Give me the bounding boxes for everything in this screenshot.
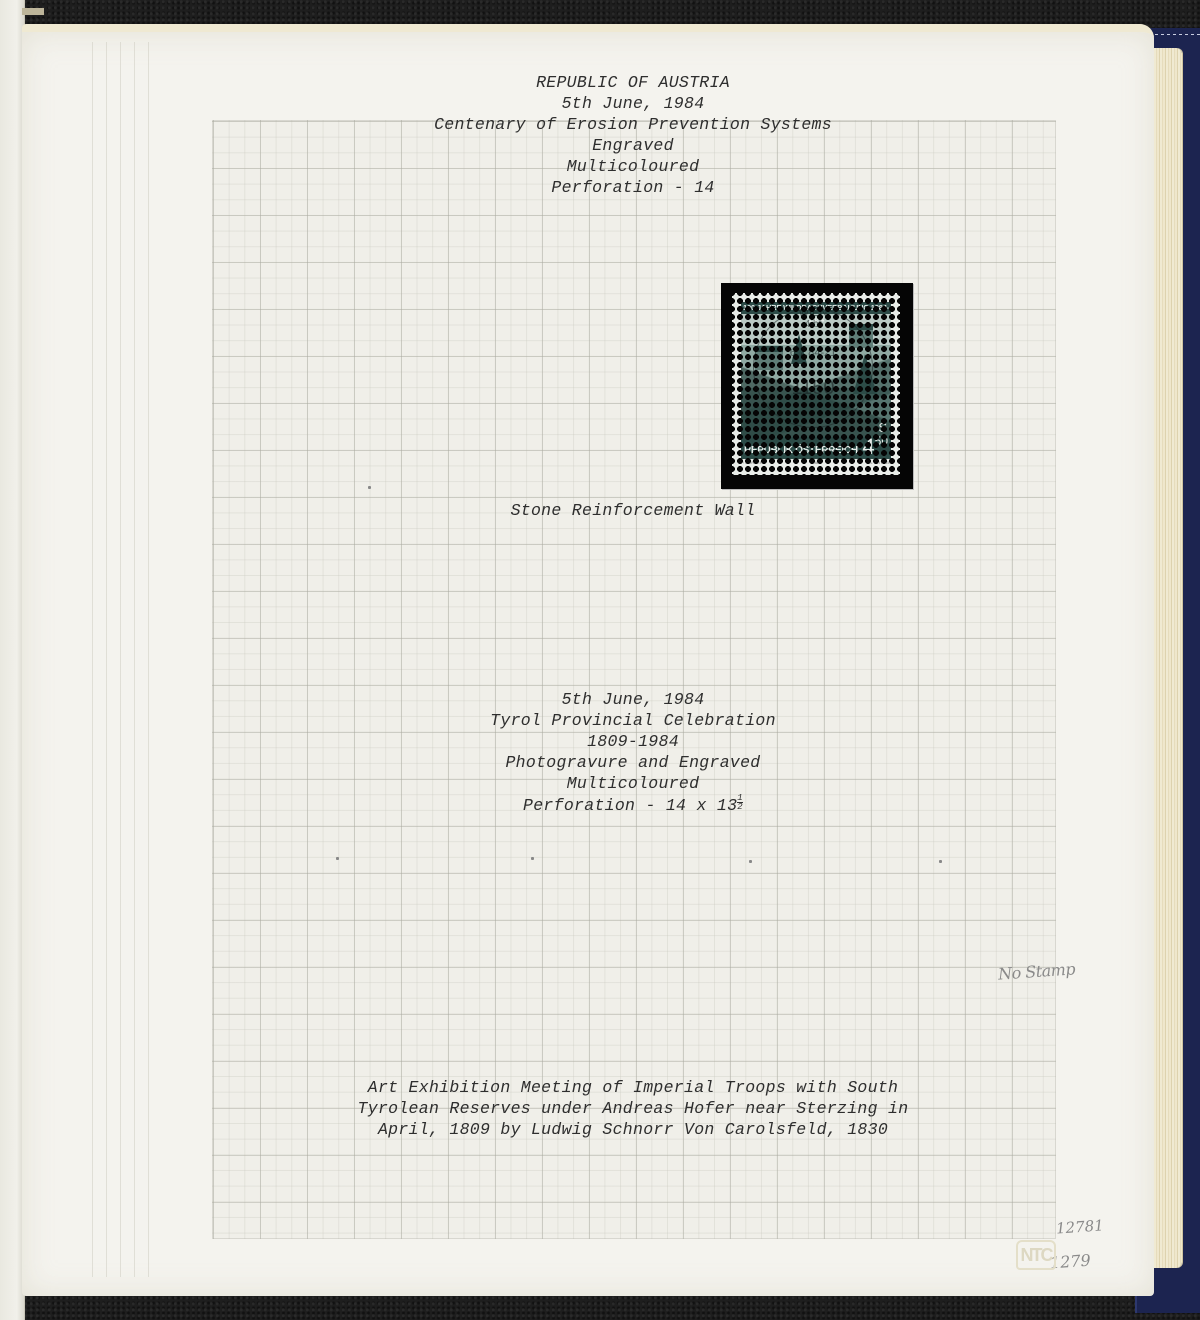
stamp[interactable]: 100 JAHRE WILDBACHVERBAUUNG 1884-1984 RE… <box>732 293 900 475</box>
issue-date: 5th June, 1984 <box>212 93 1054 114</box>
colour-note: Multicoloured <box>212 156 1054 177</box>
fraction-denominator: 2 <box>737 803 743 811</box>
issue-2-header: 5th June, 1984 Tyrol Provincial Celebrat… <box>212 689 1054 816</box>
caption-text: Stone Reinforcement Wall <box>212 500 1054 521</box>
stamp-imprint: P. DORNER 1984 A. LEITGEB <box>741 460 891 468</box>
caption-line: April, 1809 by Ludwig Schnorr Von Carols… <box>212 1119 1054 1140</box>
value-main: 4 <box>862 434 874 459</box>
stamp-design: 100 JAHRE WILDBACHVERBAUUNG 1884-1984 RE… <box>741 302 891 459</box>
designer-imprint: P. DORNER <box>741 460 763 468</box>
guide-dot <box>368 486 371 489</box>
stamp-currency: S <box>878 420 887 435</box>
guide-dot <box>336 857 339 860</box>
issue-2-colour: Multicoloured <box>212 773 1054 794</box>
engraver-imprint: A. LEITGEB <box>869 460 891 468</box>
guide-dot <box>749 860 752 863</box>
postmark-number: 1150 <box>754 377 872 400</box>
perforation-text: Perforation - 14 x 13 <box>523 796 737 815</box>
binding-lines <box>82 42 152 1277</box>
publisher-logo: NTC <box>1016 1240 1056 1270</box>
guide-dot <box>939 860 942 863</box>
guide-dot <box>531 857 534 860</box>
stamp-mount[interactable]: 100 JAHRE WILDBACHVERBAUUNG 1884-1984 RE… <box>721 283 913 489</box>
issue-2-printing: Photogravure and Engraved <box>212 752 1054 773</box>
fraction: 12 <box>737 794 743 811</box>
stamp-2-caption: Art Exhibition Meeting of Imperial Troop… <box>212 1077 1054 1140</box>
issue-2-years: 1809-1984 <box>212 731 1054 752</box>
issue-2-perforation: Perforation - 14 x 1312 <box>212 794 1054 816</box>
postmark-date: 6.7.84-21 <box>754 347 872 359</box>
graph-paper-grid <box>212 120 1056 1239</box>
perforation-note: Perforation - 14 <box>212 177 1054 198</box>
page-tab <box>22 8 44 15</box>
year-imprint: 1984 <box>812 460 821 468</box>
issue-2-title: Tyrol Provincial Celebration <box>212 710 1054 731</box>
pencil-note-number: 12781 <box>1055 1216 1104 1237</box>
issue-title: Centenary of Erosion Prevention Systems <box>212 114 1054 135</box>
stamp-1-caption: Stone Reinforcement Wall <box>212 500 1054 521</box>
country-title: REPUBLIC OF AUSTRIA <box>212 72 1054 93</box>
stamp-country: REPUBLIK ÖSTERREICH <box>744 445 858 456</box>
stamp-country-band: REPUBLIK ÖSTERREICH 450 <box>741 437 891 459</box>
issue-1-header: REPUBLIC OF AUSTRIA 5th June, 1984 Cente… <box>212 72 1054 198</box>
printing-method: Engraved <box>212 135 1054 156</box>
postmark-code: 4 bf <box>754 319 872 330</box>
postmark-city: WIEN <box>754 307 872 319</box>
caption-line: Art Exhibition Meeting of Imperial Troop… <box>212 1077 1054 1098</box>
postmark: WIEN 4 bf 6.7.84-21 1150 <box>753 308 873 428</box>
caption-line: Tyrolean Reserves under Andreas Hofer ne… <box>212 1098 1054 1119</box>
value-fraction: 50 <box>875 434 888 448</box>
issue-2-date: 5th June, 1984 <box>212 689 1054 710</box>
